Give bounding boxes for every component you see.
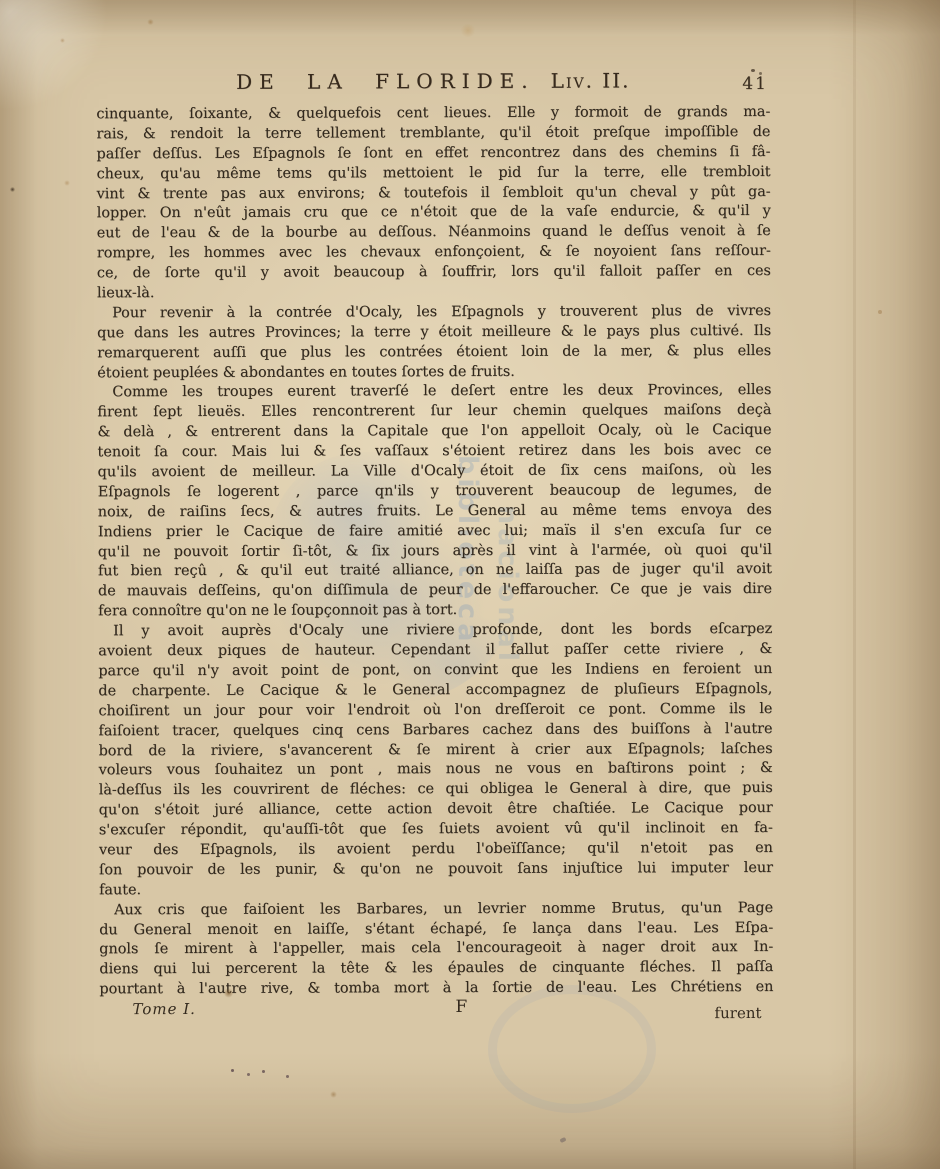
text-line: de mauvais deſſeins, qu'on diſſimula de … [98, 580, 772, 602]
text-line: vint & trente pas aux environs; & toutef… [97, 183, 771, 205]
text-line: Eſpagnols ſe logerent , parce qn'ils y t… [98, 481, 772, 503]
text-line: Comme les troupes eurent traverſé le deſ… [97, 381, 771, 403]
text-line: lopper. On n'eût jamais cru que ce n'éto… [97, 202, 771, 224]
header-book-label: Liv. II. [551, 68, 631, 92]
text-line: faute. [99, 879, 773, 901]
text-line: parce qu'il n'y avoit point de pont, on … [98, 660, 772, 682]
text-line: ſon pouvoir de les punir, & qu'on ne pou… [99, 859, 773, 881]
text-line: Pour revenir à la contrée d'Ocaly, les E… [97, 302, 771, 324]
text-line: rompre, les hommes avec les chevaux enfo… [97, 242, 771, 264]
text-line: de charpente. Le Cacique & le General ac… [98, 680, 772, 702]
text-line: remarquerent auſſi que plus les contrées… [97, 342, 771, 364]
running-header: DE LA FLORIDE.Liv. II. [96, 67, 770, 95]
book-page: biblioteca nacional DE LA FLORIDE.Liv. I… [0, 0, 940, 1169]
tome-label: Tome I. [132, 1000, 195, 1018]
text-line: voleurs vous ſouhaitez un pont , mais no… [99, 759, 773, 781]
text-line: pourtant à l'autre rive, & tomba mort à … [99, 978, 773, 1000]
text-line: du General menoit en laiſſe, s'étant éch… [99, 918, 773, 940]
page-footer: Tome I. F furent [99, 998, 773, 1034]
text-line: qu'on s'étoit juré alliance, cette actio… [99, 799, 773, 821]
text-line: paſſer deſſus. Les Eſpagnols ſe ſont en … [96, 143, 770, 165]
text-line: noix, de raiſins ſecs, & autres fruits. … [98, 501, 772, 523]
text-line: qu'il ne pouvoit ſortir ſi-tôt, & ſix jo… [98, 541, 772, 563]
text-line: diens qui lui percerent la tête & les ép… [99, 958, 773, 980]
text-block: cinquante, ſoixante, & quelquefois cent … [96, 103, 773, 1000]
text-line: étoient peuplées & abondantes en toutes … [97, 362, 771, 384]
catchword: furent [715, 1004, 762, 1022]
signature-mark: F [455, 997, 467, 1017]
text-line: bord de la riviere, s'avancerent & ſe mi… [99, 739, 773, 761]
text-line: firent ſept lieuës. Elles rencontrerent … [97, 401, 771, 423]
text-line: Aux cris que faiſoient les Barbares, un … [99, 899, 773, 921]
text-line: tenoit ſa cour. Mais lui & ſes vaſſaux s… [98, 441, 772, 463]
text-line: s'excuſer répondit, qu'auſſi-tôt que ſes… [99, 819, 773, 841]
text-line: choiſirent un jour pour voir l'endroit o… [98, 700, 772, 722]
text-line: là-deſſus ils les couvrirent de fléches:… [99, 779, 773, 801]
page-number: 41 [742, 74, 782, 94]
text-line: & delà , & entrerent dans la Capitale qu… [97, 421, 771, 443]
text-line: qu'ils avoient de meilleur. La Ville d'O… [98, 461, 772, 483]
text-line: Il y avoit auprès d'Ocaly une riviere pr… [98, 620, 772, 642]
text-line: gnols ſe mirent à l'appeller, mais cela … [99, 938, 773, 960]
text-line: veur des Eſpagnols, ils avoient perdu l'… [99, 839, 773, 861]
text-line: rais, & rendoit la terre tellement tremb… [96, 123, 770, 145]
text-line: fut bien reçû , & qu'il eut traité allia… [98, 560, 772, 582]
text-line: cinquante, ſoixante, & quelquefois cent … [96, 103, 770, 125]
text-line: cheux, qu'au même tems qu'ils mettoient … [97, 163, 771, 185]
header-title: DE LA FLORIDE. [236, 69, 535, 94]
text-line: faiſoient tracer, quelques cinq cens Bar… [98, 720, 772, 742]
text-line: fera connoître qu'on ne le ſoupçonnoit p… [98, 600, 772, 622]
text-line: lieux-là. [97, 282, 771, 304]
text-line: eut de l'eau & de la bourbe au deſſous. … [97, 222, 771, 244]
scanned-content: DE LA FLORIDE.Liv. II. 41 cinquante, ſoi… [0, 0, 940, 1169]
text-line: que dans les autres Provinces; la terre … [97, 322, 771, 344]
text-line: ce, de ſorte qu'il y avoit beaucoup à ſo… [97, 262, 771, 284]
text-line: avoient deux piques de hauteur. Cependan… [98, 640, 772, 662]
text-line: Indiens prier le Cacique de faire amitié… [98, 521, 772, 543]
